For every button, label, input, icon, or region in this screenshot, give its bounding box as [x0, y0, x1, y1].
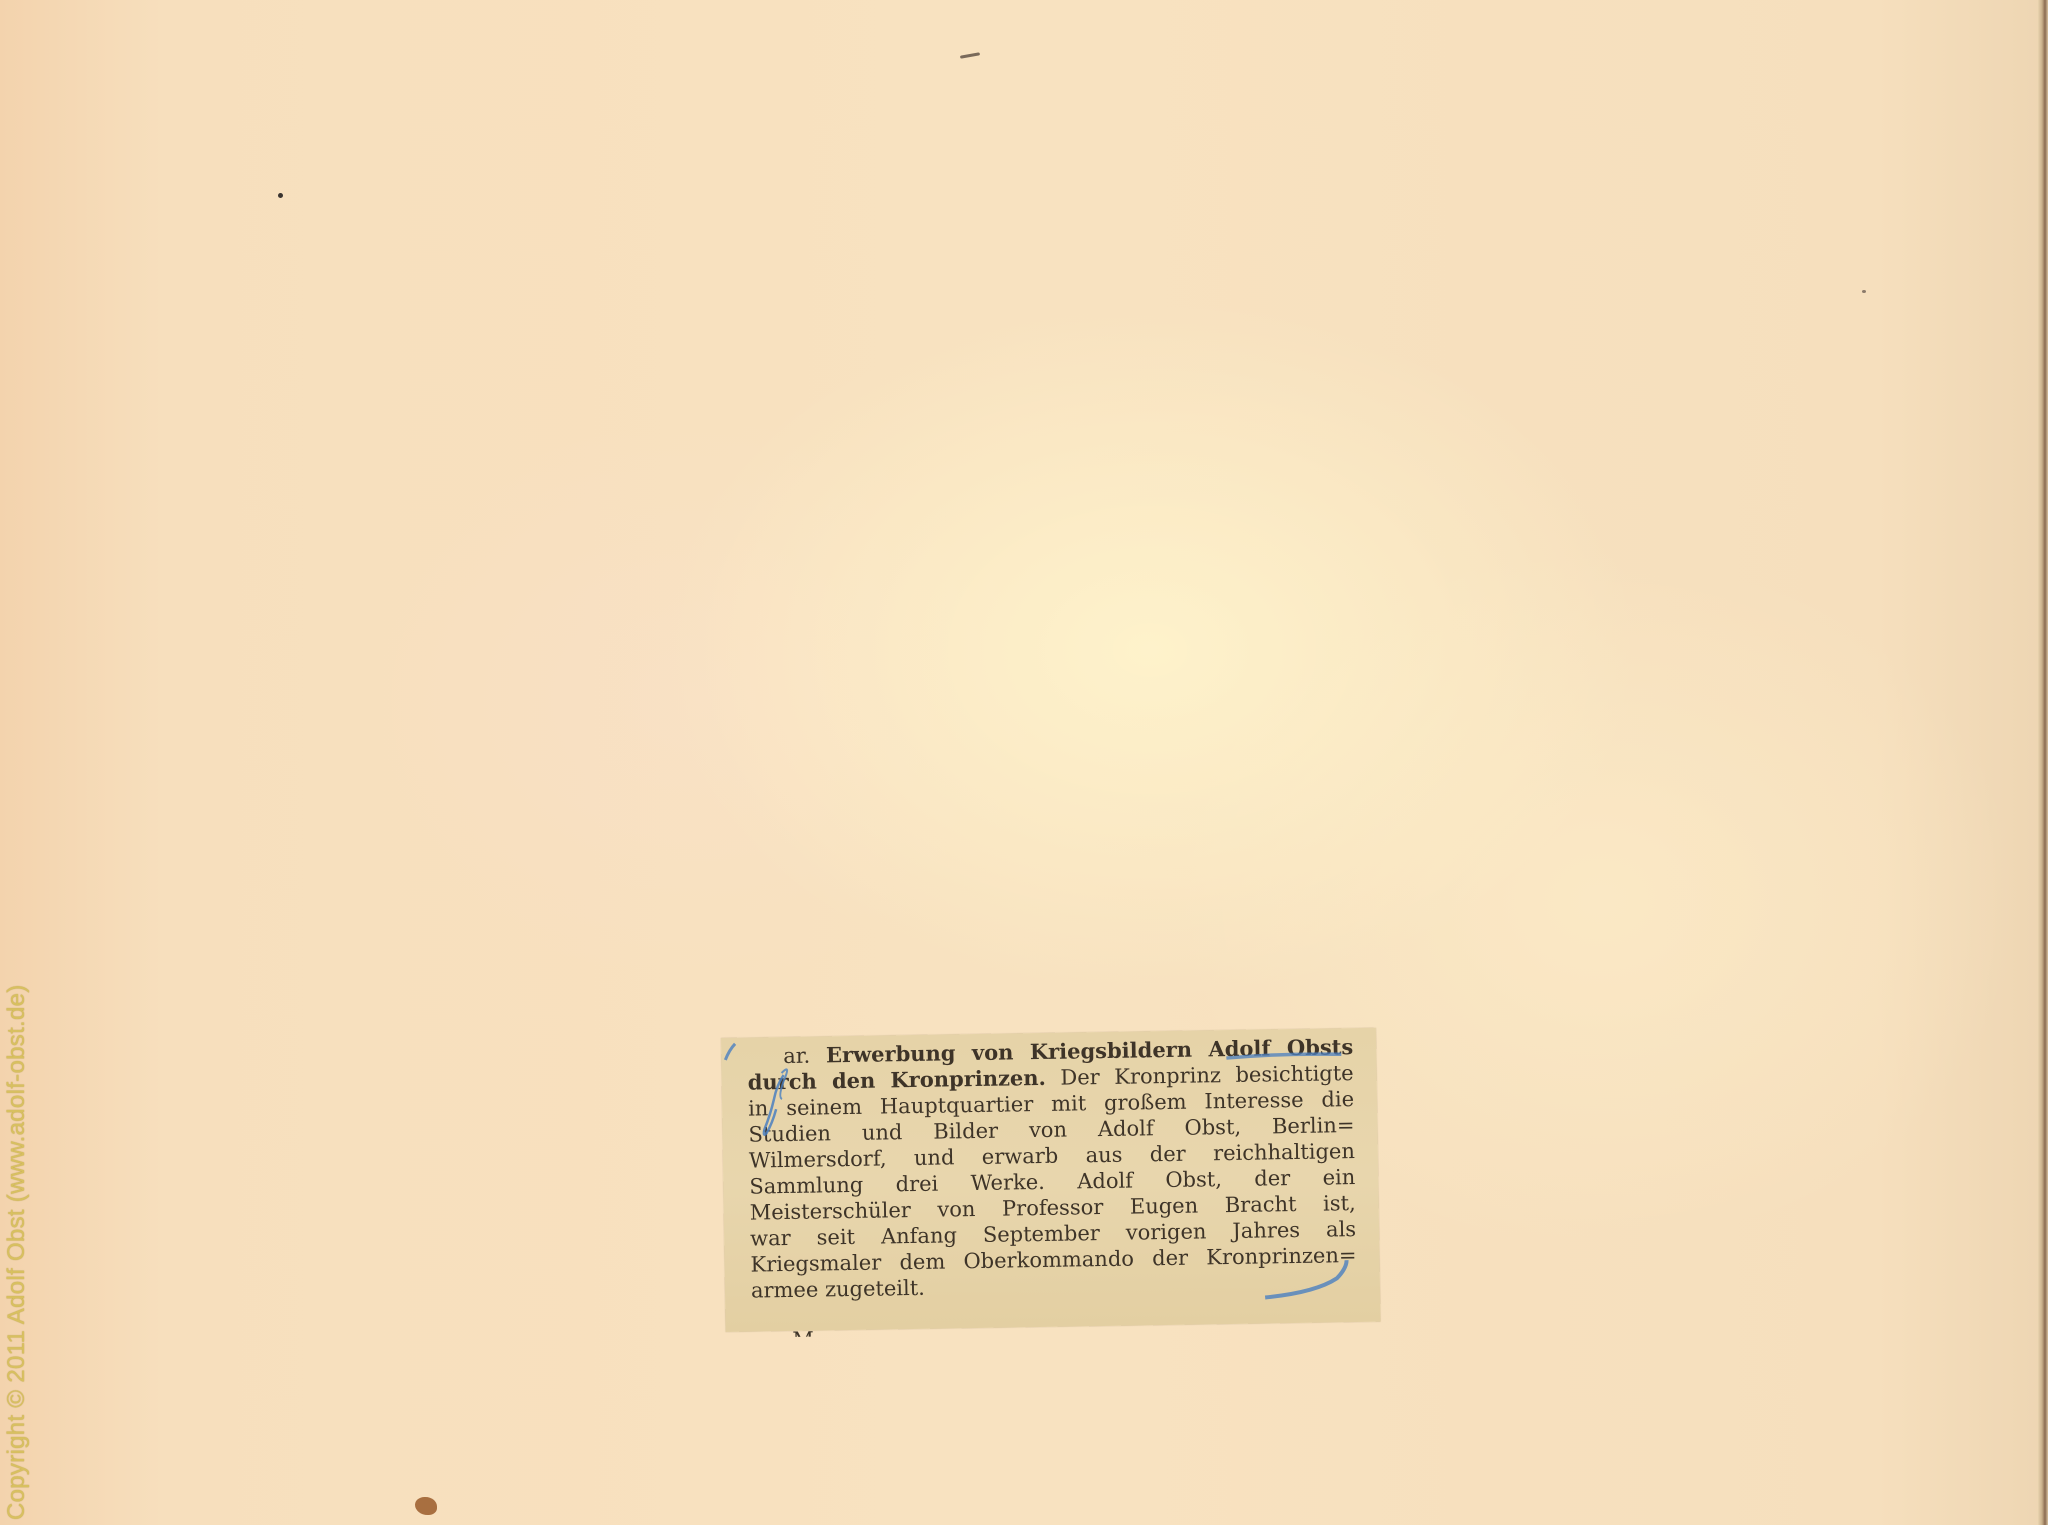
newspaper-clipping: ar. Erwerbung von Kriegsbildern Adolf Ob…	[721, 1028, 1381, 1332]
copyright-watermark: Copyright © 2011 Adolf Obst (www.adolf-o…	[3, 984, 31, 1520]
page-edge	[2038, 0, 2048, 1525]
author-initials: ar.	[747, 1043, 826, 1068]
ink-speck	[278, 193, 283, 198]
foxing-stain	[415, 1497, 437, 1515]
clipping-article: ar. Erwerbung von Kriegsbildern Adolf Ob…	[747, 1034, 1357, 1303]
article-text: Der Kronprinz besichtigte	[1046, 1061, 1354, 1090]
ink-speck	[1862, 290, 1866, 293]
article-headline-cont: durch den Kronprinzen.	[747, 1065, 1046, 1095]
